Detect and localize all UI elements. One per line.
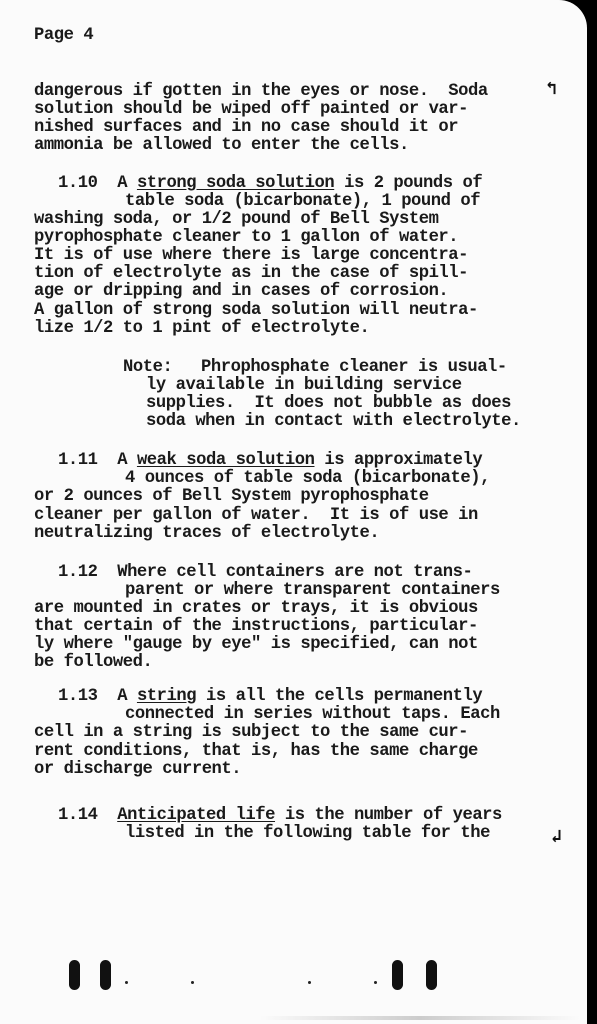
defined-term: strong soda solution [137,174,334,193]
section-1-13-line: or discharge current. [34,761,241,779]
note-line: supplies. It does not bubble as does [146,395,511,413]
note-label: Note: [123,359,172,377]
section-number: 1.12 [58,563,97,582]
section-1-13-line: rent conditions, that is, has the same c… [34,743,478,761]
section-1-12-line: be followed. [34,654,152,672]
dot-mark-icon [374,981,377,984]
section-1-12-line: that certain of the instructions, partic… [34,618,478,636]
section-number: 1.14 [58,806,97,825]
section-1-11-line: or 2 ounces of Bell System pyrophosphate [34,488,429,506]
page-header: Page 4 [34,27,93,45]
section-1-11-line: cleaner per gallon of water. It is of us… [34,507,478,525]
lead: A [117,451,137,470]
intro-line-3: nished surfaces and in no case should it… [34,119,458,137]
heading-rest: is 2 pounds of [334,174,482,193]
defined-term: weak soda solution [137,451,315,470]
section-1-10-line: age or dripping and in cases of corrosio… [34,283,448,301]
heading-rest: is all the cells permanently [196,687,482,706]
section-number: 1.10 [58,174,97,193]
defined-term: Anticipated life [117,806,275,825]
note-line: soda when in contact with electrolyte. [146,413,521,431]
lead: A [117,687,137,706]
section-1-14-line: listed in the following table for the [125,825,490,843]
section-1-14-heading: 1.14 Anticipated life is the number of y… [58,807,502,825]
punch-hole-icon [100,960,111,990]
defined-term: string [137,687,196,706]
section-1-13-line: cell in a string is subject to the same … [34,724,468,742]
section-1-11-line: 4 ounces of table soda (bicarbonate), [125,470,490,488]
section-1-11-line: neutralizing traces of electrolyte. [34,525,379,543]
section-1-10-line: tion of electrolyte as in the case of sp… [34,265,468,283]
heading-rest: Where cell containers are not trans- [117,563,472,582]
section-1-13-line: connected in series without taps. Each [125,706,500,724]
section-1-12-line: ly where "gauge by eye" is specified, ca… [34,636,478,654]
punch-hole-icon [426,960,437,990]
heading-rest: is the number of years [275,806,502,825]
section-1-10-line: washing soda, or 1/2 pound of Bell Syste… [34,211,438,229]
lead: A [117,174,137,193]
dot-mark-icon [308,981,311,984]
corner-mark-top-icon: ↰ [546,78,557,100]
document-page: Page 4 dangerous if gotten in the eyes o… [0,0,587,1024]
section-number: 1.11 [58,451,97,470]
section-1-10-line: pyrophosphate cleaner to 1 gallon of wat… [34,229,458,247]
dot-mark-icon [125,981,128,984]
section-1-12-line: are mounted in crates or trays, it is ob… [34,600,478,618]
section-1-10-line: It is of use where there is large concen… [34,247,468,265]
intro-line-1: dangerous if gotten in the eyes or nose.… [34,83,488,101]
corner-mark-bottom-icon: ↲ [551,826,562,848]
punch-hole-icon [69,960,80,990]
scan-smudge [260,1016,580,1020]
section-number: 1.13 [58,687,97,706]
note-line: Phrophosphate cleaner is usual- [201,359,507,377]
dot-mark-icon [191,981,194,984]
section-1-10-line: table soda (bicarbonate), 1 pound of [125,193,480,211]
section-1-13-heading: 1.13 A string is all the cells permanent… [58,688,482,706]
section-1-11-heading: 1.11 A weak soda solution is approximate… [58,452,482,470]
intro-line-2: solution should be wiped off painted or … [34,101,468,119]
note-line: ly available in building service [146,377,462,395]
section-1-12-line: parent or where transparent containers [125,582,500,600]
section-1-10-heading: 1.10 A strong soda solution is 2 pounds … [58,175,482,193]
punch-hole-icon [392,960,403,990]
section-1-10-line: lize 1/2 to 1 pint of electrolyte. [34,320,369,338]
heading-rest: is approximately [315,451,483,470]
section-1-10-line: A gallon of strong soda solution will ne… [34,302,478,320]
section-1-12-heading: 1.12 Where cell containers are not trans… [58,564,472,582]
intro-line-4: ammonia be allowed to enter the cells. [34,137,409,155]
